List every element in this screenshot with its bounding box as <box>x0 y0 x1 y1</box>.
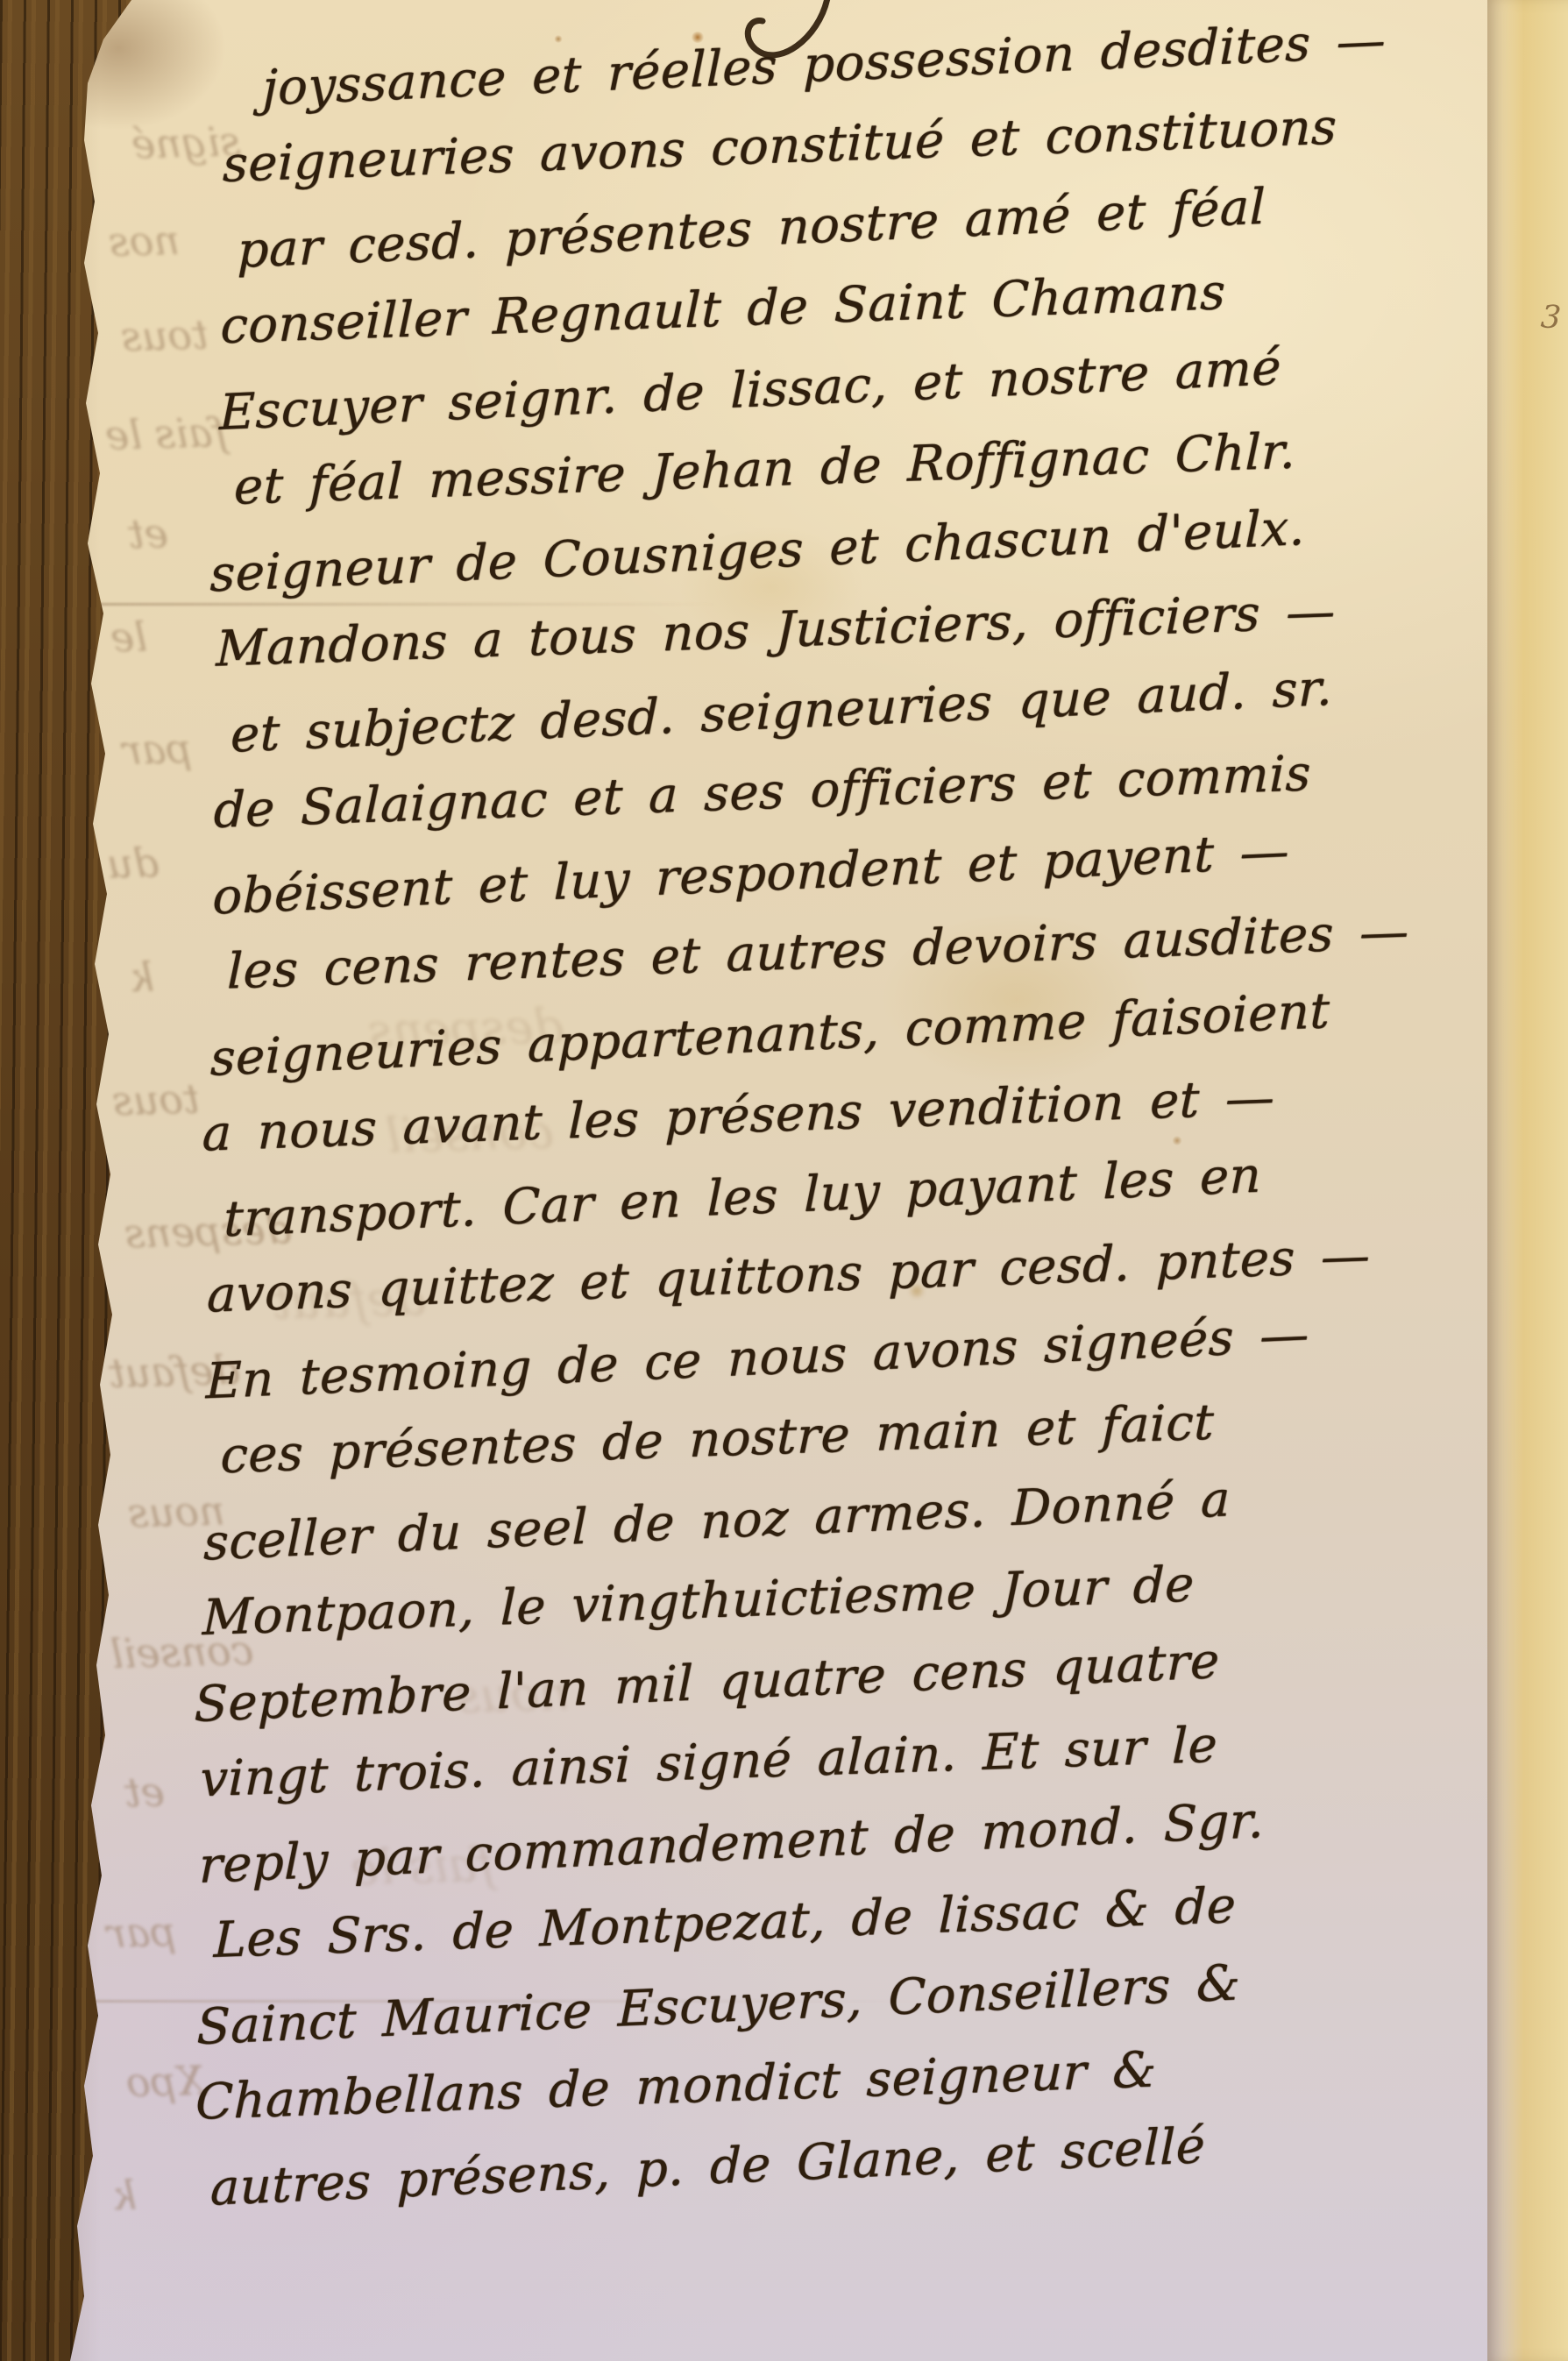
manuscript-page: 3 signé nos tous fais le et le par du k … <box>0 0 1568 2361</box>
bleedthrough-fragment: par <box>106 1908 176 1957</box>
bleedthrough-fragment: k <box>129 954 154 1002</box>
bleedthrough-fragment: k <box>111 2172 137 2220</box>
bleedthrough-fragment: du <box>106 839 160 888</box>
bleedthrough-fragment: tous <box>120 311 209 361</box>
bleedthrough-fragment: et <box>127 509 168 557</box>
bleedthrough-fragment: le <box>110 613 147 661</box>
bleedthrough-fragment: par <box>122 725 192 774</box>
bleedthrough-fragment: nos <box>108 216 180 266</box>
bleedthrough-fragment: tous <box>111 1075 200 1125</box>
manuscript-photo: 3 signé nos tous fais le et le par du k … <box>0 0 1568 2361</box>
bleedthrough-fragment: Xpo <box>125 2057 205 2106</box>
bleedthrough-fragment: et <box>124 1768 165 1816</box>
bleedthrough-fragment: fais le <box>104 408 228 459</box>
manuscript-text: joyssance et réelles possession desdites… <box>194 0 1538 2227</box>
